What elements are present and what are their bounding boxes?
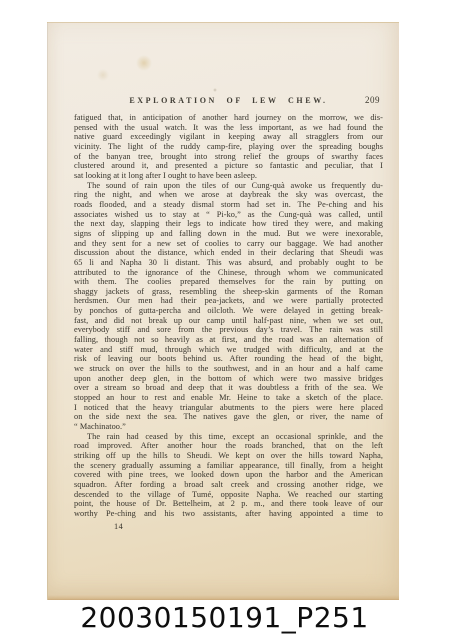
text-line: fatigued that, in anticipation of anothe…	[74, 113, 383, 123]
text-line: associates wished us to stay at “ Pi-ko,…	[74, 210, 383, 220]
text-line: pensed with the usual watch. It was the …	[74, 123, 383, 133]
text-line: discussion about the distance, which end…	[74, 248, 383, 258]
text-line: worthy Pe-ching and his two assistants, …	[74, 509, 383, 519]
text-line: signs of slipping up and falling down in…	[74, 229, 383, 239]
scanned-document-view: EXPLORATION OF LEW CHEW. 209 fatigued th…	[0, 0, 449, 640]
text-line: attributed to the ignorance of the Chine…	[74, 268, 383, 278]
text-line: on the side next the sea. The natives ga…	[74, 412, 383, 422]
text-line: native guard exceedingly vigilant in kee…	[74, 132, 383, 142]
text-line: risk of leaving our boots behind us. Aft…	[74, 354, 383, 364]
text-line: and they sent for a new set of coolies t…	[74, 239, 383, 249]
text-line: striking off up the hills to Sheudi. We …	[74, 451, 383, 461]
text-line: 65 li and Napha 30 li distant. This was …	[74, 258, 383, 268]
text-line: the next day, slapping their legs to ind…	[74, 219, 383, 229]
text-line: I noticed that the heavy triangular abut…	[74, 403, 383, 413]
text-line: with them. The coolies prepared themselv…	[74, 277, 383, 287]
text-line: ring the night, and when we arose at day…	[74, 190, 383, 200]
text-line: point, the house of Dr. Bettelheim, at 2…	[74, 499, 383, 509]
text-line: squadron. After fording a broad salt cre…	[74, 480, 383, 490]
paragraph: fatigued that, in anticipation of anothe…	[74, 113, 383, 181]
running-header-title: EXPLORATION OF LEW CHEW.	[74, 96, 383, 105]
signature-mark: 14	[114, 522, 123, 531]
text-line: covered with pine trees, we looked down …	[74, 470, 383, 480]
text-line: over a stream so broad and deep that it …	[74, 383, 383, 393]
text-line: descended to the village of Tumé, opposi…	[74, 490, 383, 500]
text-line: The sound of rain upon the tiles of our …	[74, 181, 383, 191]
text-line: roads flooded, and a steady dismal storm…	[74, 200, 383, 210]
text-line: The rain had ceased by this time, except…	[74, 432, 383, 442]
text-line: “ Machinatoo.”	[74, 422, 383, 432]
text-line: road improved. After another hour the ro…	[74, 441, 383, 451]
text-line: upon another deep glen, in the bottom of…	[74, 374, 383, 384]
text-line: by ponchos of gutta-percha and oilcloth.…	[74, 306, 383, 316]
paragraph: The rain had ceased by this time, except…	[74, 432, 383, 519]
text-line: herdsmen. Our men had their pea-jackets,…	[74, 296, 383, 306]
text-line: everybody stiff and sore from the previo…	[74, 325, 383, 335]
paragraph: The sound of rain upon the tiles of our …	[74, 181, 383, 432]
running-header: EXPLORATION OF LEW CHEW. 209	[74, 96, 383, 108]
book-page-photo: EXPLORATION OF LEW CHEW. 209 fatigued th…	[47, 22, 399, 600]
text-line: we struck on over the hills to the south…	[74, 364, 383, 374]
text-block: fatigued that, in anticipation of anothe…	[74, 113, 383, 519]
text-line: the scenery gradually assuming a familia…	[74, 461, 383, 471]
text-line: stopped an hour to rest and enable Mr. H…	[74, 393, 383, 403]
text-line: sat looking at it long after I ought to …	[74, 171, 383, 181]
text-line: shaggy jackets of grass, resembling the …	[74, 287, 383, 297]
text-line: falling, though not so heavily as at fir…	[74, 335, 383, 345]
artifact-id-label: 20030150191_P251	[0, 601, 449, 635]
page-number: 209	[365, 95, 380, 105]
text-line: clustered around it, and presented a pic…	[74, 161, 383, 171]
text-line: of the banyan tree, brought into strong …	[74, 152, 383, 162]
text-line: water and stiff mud, through which we tr…	[74, 345, 383, 355]
text-line: vicinity. The light of the ruddy camp-fi…	[74, 142, 383, 152]
text-line: fast, and did not break up our camp unti…	[74, 316, 383, 326]
